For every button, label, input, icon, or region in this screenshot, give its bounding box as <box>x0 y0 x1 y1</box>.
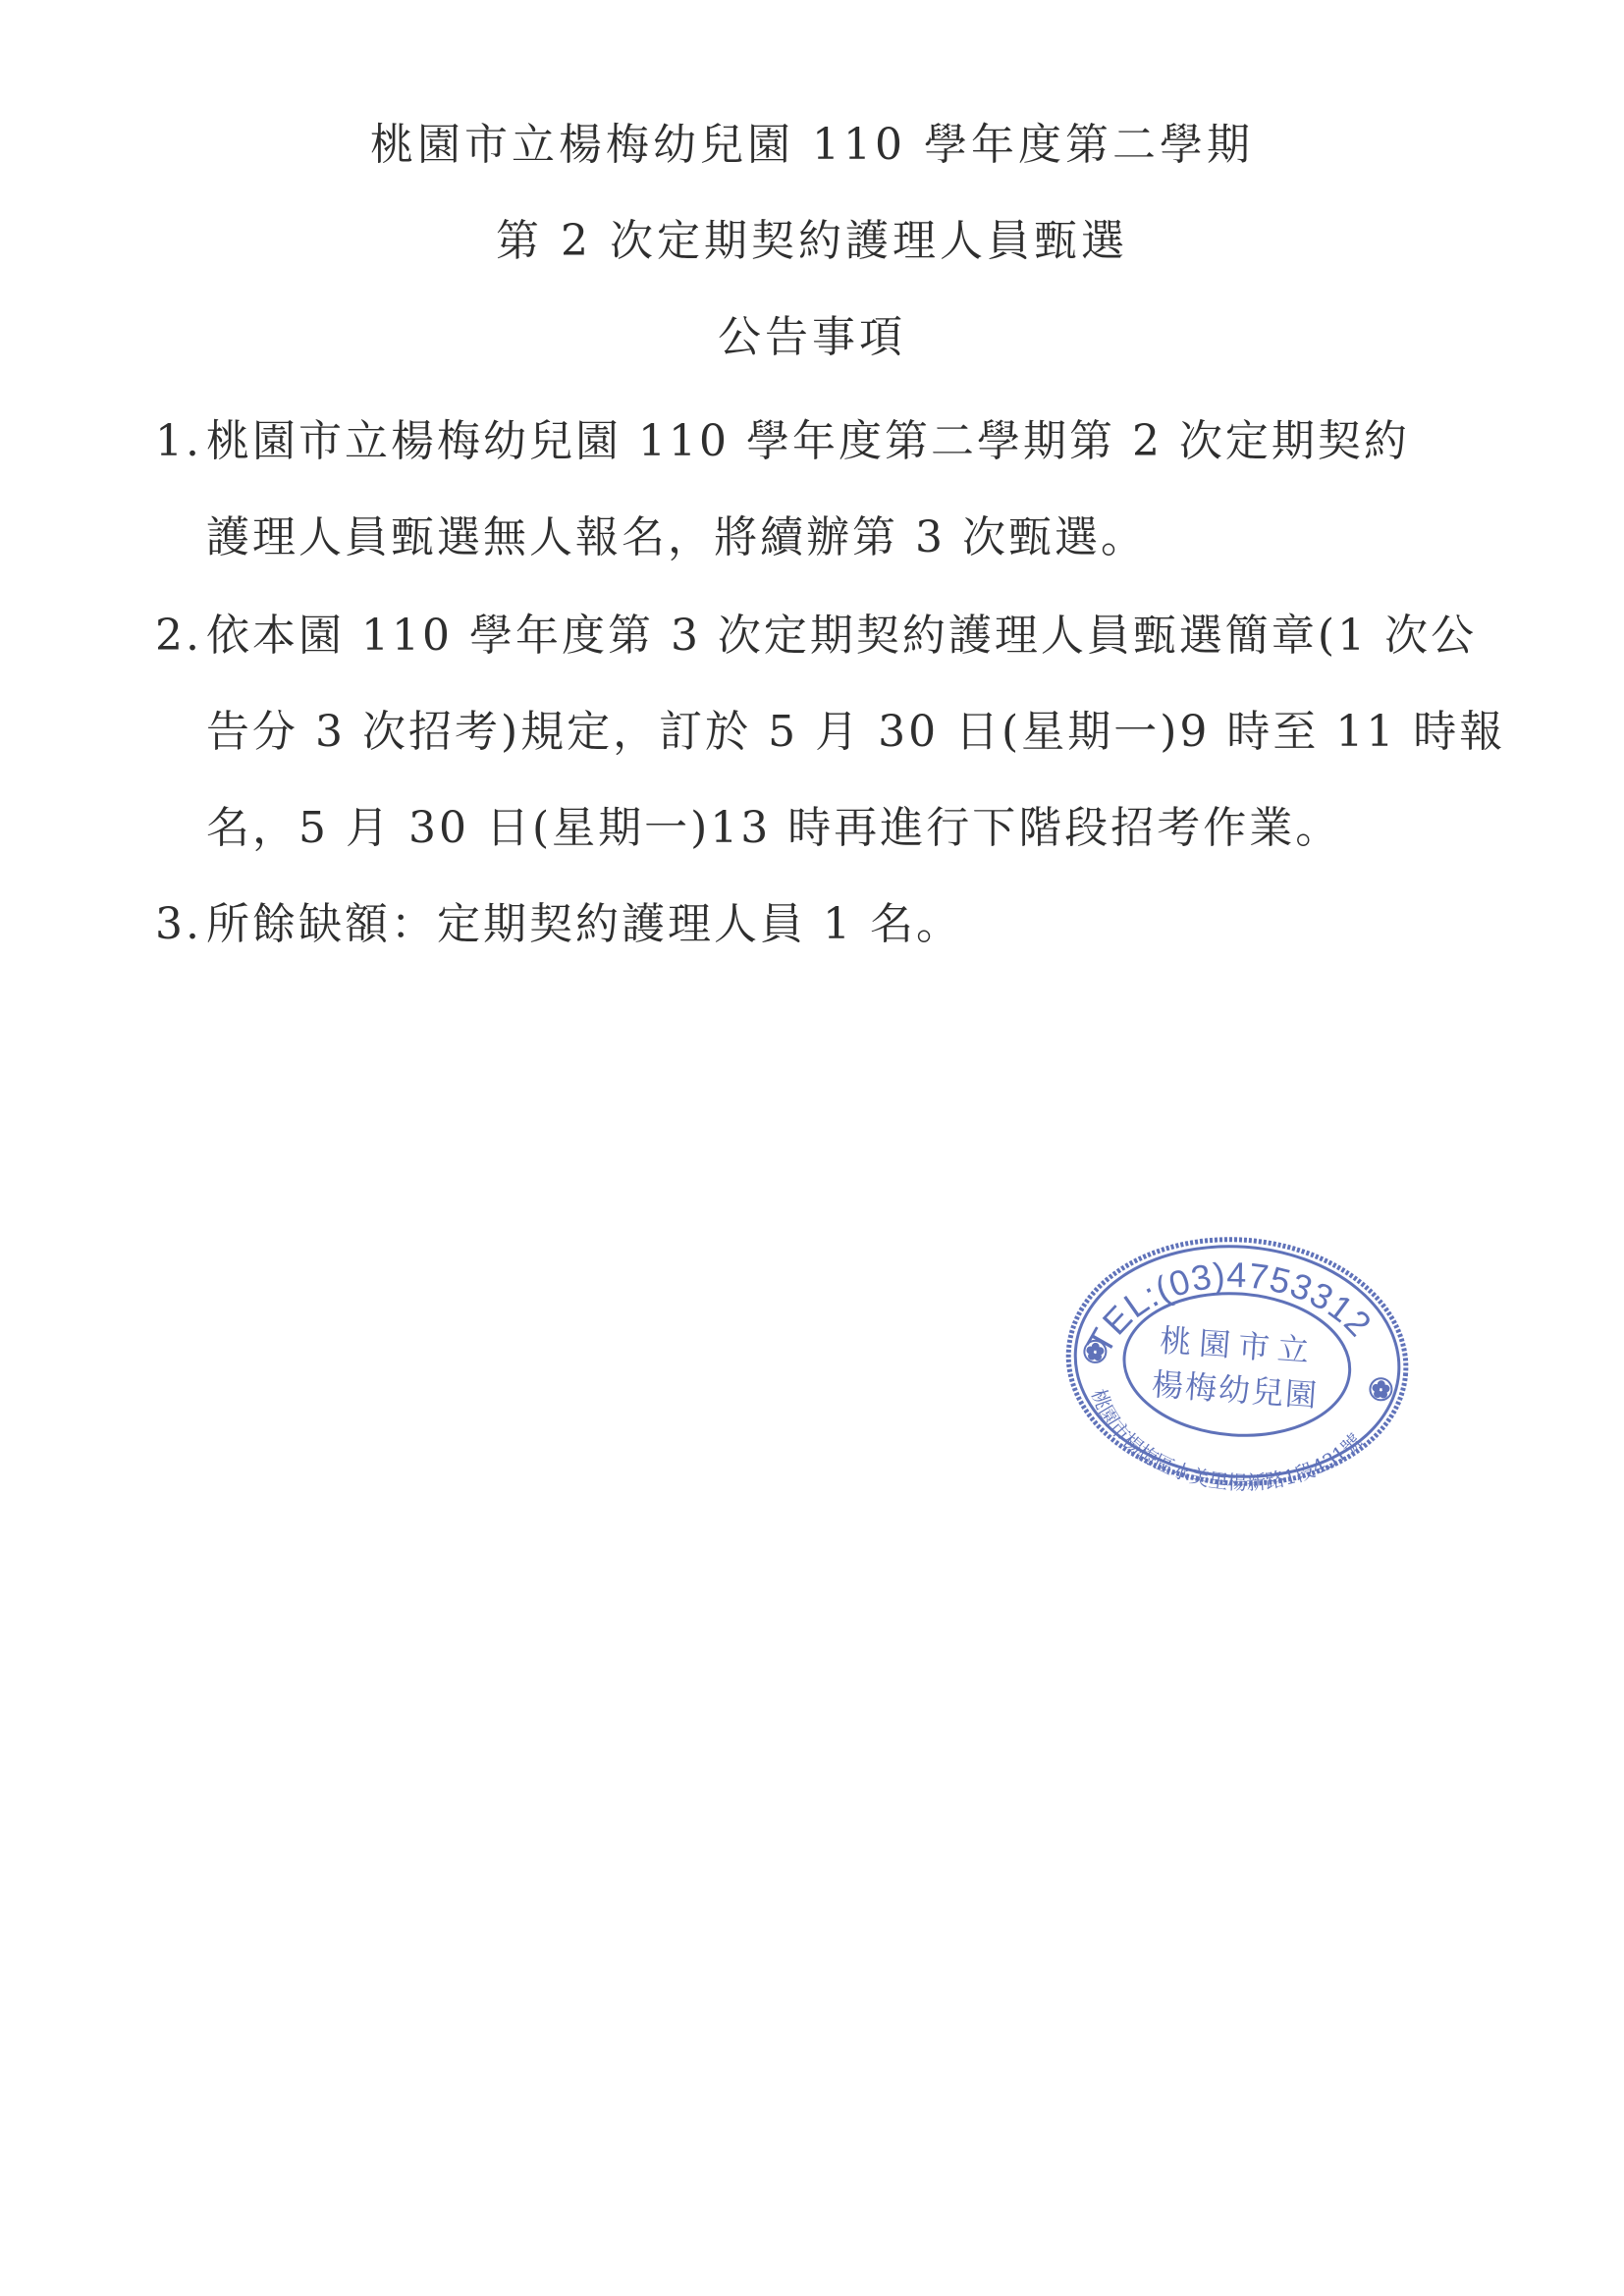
official-seal-stamp: TEL:(03)4753312 桃園市楊梅區水美里楊新路1段431號 桃園市立 … <box>1052 1220 1423 1504</box>
item-text: 護理人員甄選無人報名，將續辦第 3 次甄選。 <box>206 512 1147 562</box>
title-line-3: 公告事項 <box>0 308 1624 367</box>
document-page: 桃園市立楊梅幼兒園 110 學年度第二學期 第 2 次定期契約護理人員甄選 公告… <box>0 0 1624 2296</box>
stamp-center-line-2: 楊梅幼兒園 <box>1151 1365 1320 1415</box>
announcement-item-2: 2.依本園 110 學年度第 3 次定期契約護理人員甄選簡章(1 次公 告分 3… <box>155 607 1520 895</box>
announcement-item-1: 1.桃園市立楊梅幼兒園 110 學年度第二學期第 2 次定期契約 護理人員甄選無… <box>155 412 1520 605</box>
item-text: 依本園 110 學年度第 3 次定期契約護理人員甄選簡章(1 次公 <box>206 611 1477 661</box>
item-text: 告分 3 次招考)規定，訂於 5 月 30 日(星期一)9 時至 11 時報 <box>206 707 1505 757</box>
item-number: 1. <box>155 412 206 471</box>
plum-blossom-icon <box>1084 1340 1107 1362</box>
announcement-item-3: 3.所餘缺額：定期契約護理人員 1 名。 <box>155 895 1520 991</box>
item-number: 3. <box>155 895 206 954</box>
item-number: 2. <box>155 607 206 666</box>
item-text: 桃園市立楊梅幼兒園 110 學年度第二學期第 2 次定期契約 <box>206 416 1410 466</box>
item-text: 所餘缺額：定期契約護理人員 1 名。 <box>206 899 962 949</box>
plum-blossom-icon <box>1370 1378 1392 1401</box>
title-line-2: 第 2 次定期契約護理人員甄選 <box>0 212 1624 271</box>
stamp-center-line-1: 桃園市立 <box>1159 1322 1318 1370</box>
title-line-1: 桃園市立楊梅幼兒園 110 學年度第二學期 <box>0 116 1624 175</box>
item-text: 名，5 月 30 日(星期一)13 時再進行下階段招考作業。 <box>206 803 1341 853</box>
